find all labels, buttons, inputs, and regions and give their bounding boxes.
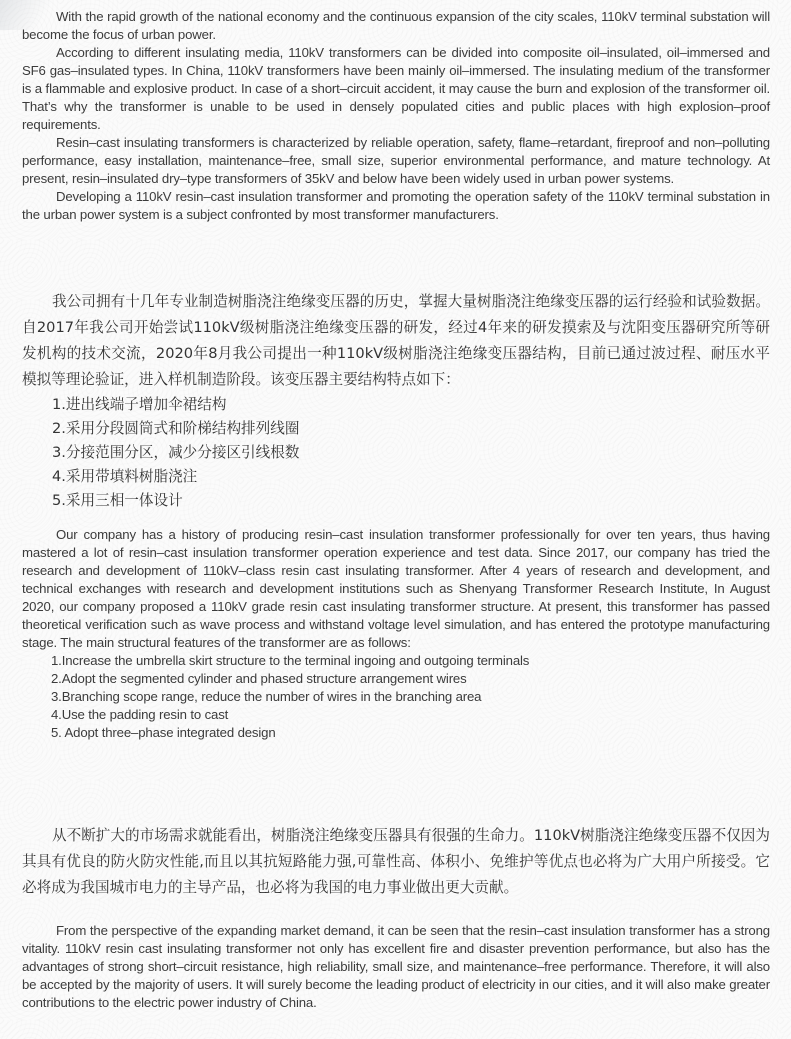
feature-cn-item: 1.进出线端子增加伞裙结构 — [22, 393, 770, 417]
outlook-en-paragraph: From the perspective of the expanding ma… — [22, 922, 770, 1012]
feature-cn-item: 3.分接范围分区，减少分接区引线根数 — [22, 441, 770, 465]
outlook-chinese-section: 从不断扩大的市场需求就能看出，树脂浇注绝缘变压器具有很强的生命力。110kV树脂… — [22, 823, 770, 901]
intro-paragraph-4: Developing a 110kV resin–cast insulation… — [22, 188, 770, 224]
feature-en-item: 3.Branching scope range, reduce the numb… — [22, 688, 770, 706]
features-en-list: 1.Increase the umbrella skirt structure … — [22, 652, 770, 742]
feature-en-item: 5. Adopt three–phase integrated design — [22, 724, 770, 742]
intro-english-section: With the rapid growth of the national ec… — [22, 8, 770, 224]
company-english-section: Our company has a history of producing r… — [22, 526, 770, 742]
feature-cn-item: 2.采用分段圆筒式和阶梯结构排列线圈 — [22, 417, 770, 441]
company-chinese-section: 我公司拥有十几年专业制造树脂浇注绝缘变压器的历史，掌握大量树脂浇注绝缘变压器的运… — [22, 289, 770, 513]
feature-cn-item: 5.采用三相一体设计 — [22, 489, 770, 513]
features-cn-list: 1.进出线端子增加伞裙结构 2.采用分段圆筒式和阶梯结构排列线圈 3.分接范围分… — [22, 393, 770, 513]
outlook-cn-paragraph: 从不断扩大的市场需求就能看出，树脂浇注绝缘变压器具有很强的生命力。110kV树脂… — [22, 823, 770, 901]
feature-cn-item: 4.采用带填料树脂浇注 — [22, 465, 770, 489]
company-cn-paragraph: 我公司拥有十几年专业制造树脂浇注绝缘变压器的历史，掌握大量树脂浇注绝缘变压器的运… — [22, 289, 770, 393]
company-en-paragraph: Our company has a history of producing r… — [22, 526, 770, 652]
outlook-english-section: From the perspective of the expanding ma… — [22, 922, 770, 1012]
feature-en-item: 2.Adopt the segmented cylinder and phase… — [22, 670, 770, 688]
feature-en-item: 4.Use the padding resin to cast — [22, 706, 770, 724]
intro-paragraph-1: With the rapid growth of the national ec… — [22, 8, 770, 44]
intro-paragraph-2: According to different insulating media,… — [22, 44, 770, 134]
intro-paragraph-3: Resin–cast insulating transformers is ch… — [22, 134, 770, 188]
feature-en-item: 1.Increase the umbrella skirt structure … — [22, 652, 770, 670]
